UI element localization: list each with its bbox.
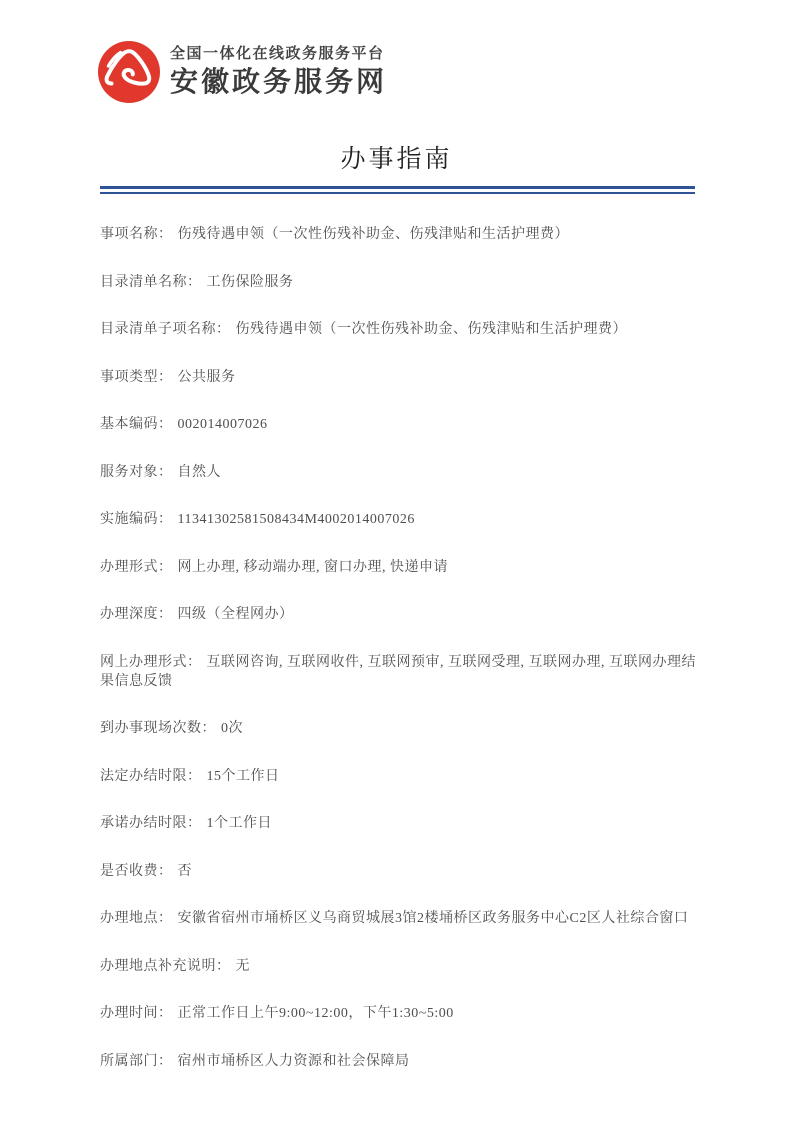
- service-guide-page: 全国一体化在线政务服务平台 安徽政务服务网 办事指南 事项名称：伤残待遇申领（一…: [0, 0, 793, 1122]
- service-guide-fields: 事项名称：伤残待遇申领（一次性伤残补助金、伤残津贴和生活护理费） 目录清单名称：…: [0, 194, 793, 1071]
- field-value: 自然人: [178, 465, 222, 480]
- field-row: 办理地点：安徽省宿州市埇桥区义乌商贸城展3馆2楼埇桥区政务服务中心C2区人社综合…: [100, 909, 705, 928]
- field-row: 承诺办结时限：1个工作日: [100, 814, 705, 833]
- field-separator: ：: [158, 864, 173, 879]
- field-label: 办理地点: [100, 911, 158, 926]
- field-separator: ：: [187, 275, 202, 290]
- field-separator: ：: [216, 959, 231, 974]
- field-label: 办理地点补充说明: [100, 959, 216, 974]
- field-row: 办理深度：四级（全程网办）: [100, 605, 705, 624]
- field-row: 实施编码：11341302581508434M4002014007026: [100, 510, 705, 529]
- field-separator: ：: [216, 322, 231, 337]
- site-header: 全国一体化在线政务服务平台 安徽政务服务网: [0, 0, 793, 104]
- site-name: 安徽政务服务网: [170, 64, 387, 100]
- field-value: 0次: [221, 721, 243, 736]
- field-separator: ：: [158, 560, 173, 575]
- field-row: 基本编码：002014007026: [100, 415, 705, 434]
- field-label: 网上办理形式: [100, 655, 187, 670]
- field-label: 事项名称: [100, 227, 158, 242]
- field-value: 网上办理, 移动端办理, 窗口办理, 快递申请: [178, 560, 449, 575]
- field-value: 伤残待遇申领（一次性伤残补助金、伤残津贴和生活护理费）: [236, 322, 628, 337]
- field-separator: ：: [202, 721, 217, 736]
- field-label: 服务对象: [100, 465, 158, 480]
- field-separator: ：: [158, 1006, 173, 1021]
- field-label: 目录清单名称: [100, 275, 187, 290]
- field-label: 办理形式: [100, 560, 158, 575]
- field-value: 工伤保险服务: [207, 275, 294, 290]
- field-row: 目录清单子项名称：伤残待遇申领（一次性伤残补助金、伤残津贴和生活护理费）: [100, 320, 705, 339]
- field-row: 目录清单名称：工伤保险服务: [100, 273, 705, 292]
- field-value: 11341302581508434M4002014007026: [178, 512, 415, 527]
- field-label: 所属部门: [100, 1054, 158, 1069]
- field-label: 实施编码: [100, 512, 158, 527]
- field-value: 15个工作日: [207, 769, 280, 784]
- field-value: 002014007026: [178, 417, 268, 432]
- field-value: 宿州市埇桥区人力资源和社会保障局: [178, 1054, 410, 1069]
- field-label: 承诺办结时限: [100, 816, 187, 831]
- page-title: 办事指南: [0, 145, 793, 175]
- field-separator: ：: [158, 911, 173, 926]
- anhui-gov-logo-icon: [97, 40, 161, 104]
- field-row: 办理形式：网上办理, 移动端办理, 窗口办理, 快递申请: [100, 558, 705, 577]
- site-title-block: 全国一体化在线政务服务平台 安徽政务服务网: [170, 44, 387, 100]
- field-label: 办理深度: [100, 607, 158, 622]
- field-separator: ：: [187, 655, 202, 670]
- field-row: 法定办结时限：15个工作日: [100, 767, 705, 786]
- field-separator: ：: [187, 769, 202, 784]
- field-separator: ：: [158, 1054, 173, 1069]
- field-separator: ：: [158, 417, 173, 432]
- field-value: 安徽省宿州市埇桥区义乌商贸城展3馆2楼埇桥区政务服务中心C2区人社综合窗口: [178, 911, 689, 926]
- field-label: 目录清单子项名称: [100, 322, 216, 337]
- field-label: 法定办结时限: [100, 769, 187, 784]
- field-label: 到办事现场次数: [100, 721, 202, 736]
- field-row: 事项名称：伤残待遇申领（一次性伤残补助金、伤残津贴和生活护理费）: [100, 225, 705, 244]
- field-row: 服务对象：自然人: [100, 463, 705, 482]
- field-row: 所属部门：宿州市埇桥区人力资源和社会保障局: [100, 1052, 705, 1071]
- field-value: 公共服务: [178, 370, 236, 385]
- field-label: 基本编码: [100, 417, 158, 432]
- field-value: 正常工作日上午9:00~12:00，下午1:30~5:00: [178, 1006, 454, 1021]
- field-row: 事项类型：公共服务: [100, 368, 705, 387]
- field-value: 否: [178, 864, 193, 879]
- field-row: 办理时间：正常工作日上午9:00~12:00，下午1:30~5:00: [100, 1004, 705, 1023]
- field-value: 伤残待遇申领（一次性伤残补助金、伤残津贴和生活护理费）: [178, 227, 570, 242]
- field-value: 四级（全程网办）: [178, 607, 294, 622]
- field-separator: ：: [158, 227, 173, 242]
- field-row: 到办事现场次数：0次: [100, 719, 705, 738]
- field-value: 无: [236, 959, 251, 974]
- title-divider: [100, 186, 695, 194]
- field-separator: ：: [187, 816, 202, 831]
- field-separator: ：: [158, 512, 173, 527]
- field-separator: ：: [158, 607, 173, 622]
- field-label: 办理时间: [100, 1006, 158, 1021]
- field-label: 事项类型: [100, 370, 158, 385]
- field-row: 是否收费：否: [100, 862, 705, 881]
- field-label: 是否收费: [100, 864, 158, 879]
- field-row: 网上办理形式：互联网咨询, 互联网收件, 互联网预审, 互联网受理, 互联网办理…: [100, 653, 705, 691]
- field-separator: ：: [158, 370, 173, 385]
- platform-name: 全国一体化在线政务服务平台: [170, 44, 387, 64]
- field-value: 1个工作日: [207, 816, 273, 831]
- field-row: 办理地点补充说明：无: [100, 957, 705, 976]
- field-separator: ：: [158, 465, 173, 480]
